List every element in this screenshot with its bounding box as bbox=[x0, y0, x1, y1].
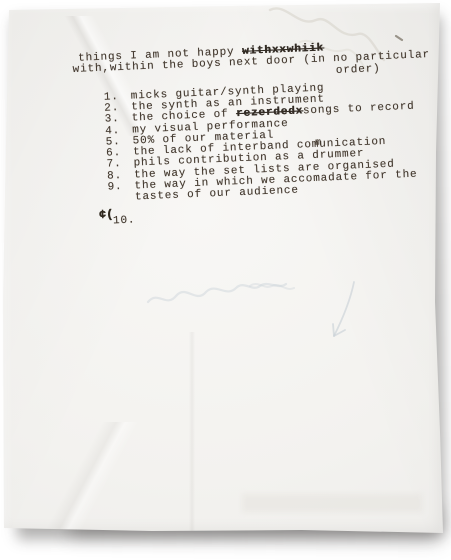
title-line-3: order) bbox=[336, 61, 445, 77]
list-item: 10. bbox=[79, 203, 451, 230]
paper-crease bbox=[2, 422, 172, 532]
list-item-number: 9. bbox=[77, 181, 135, 206]
paper-sheet: things I am not happy withxxwhiik with,w… bbox=[2, 2, 443, 535]
scanned-page-background: things I am not happy withxxwhiik with,w… bbox=[0, 0, 451, 560]
typed-document: things I am not happy withxxwhiik with,w… bbox=[72, 38, 451, 229]
bleedthrough-smudge bbox=[242, 494, 422, 512]
bleedthrough-arrow bbox=[334, 282, 354, 336]
list-item-number: 10. bbox=[83, 216, 140, 230]
bleedthrough-writing bbox=[148, 284, 286, 302]
bleedthrough-writing bbox=[250, 284, 294, 289]
paper-crease bbox=[184, 332, 200, 537]
correction-letter: m bbox=[315, 138, 321, 149]
numbered-list: ¢( 1. micks guitar/synth playing 2. the … bbox=[74, 78, 451, 229]
bleedthrough-arrowhead bbox=[333, 324, 345, 336]
